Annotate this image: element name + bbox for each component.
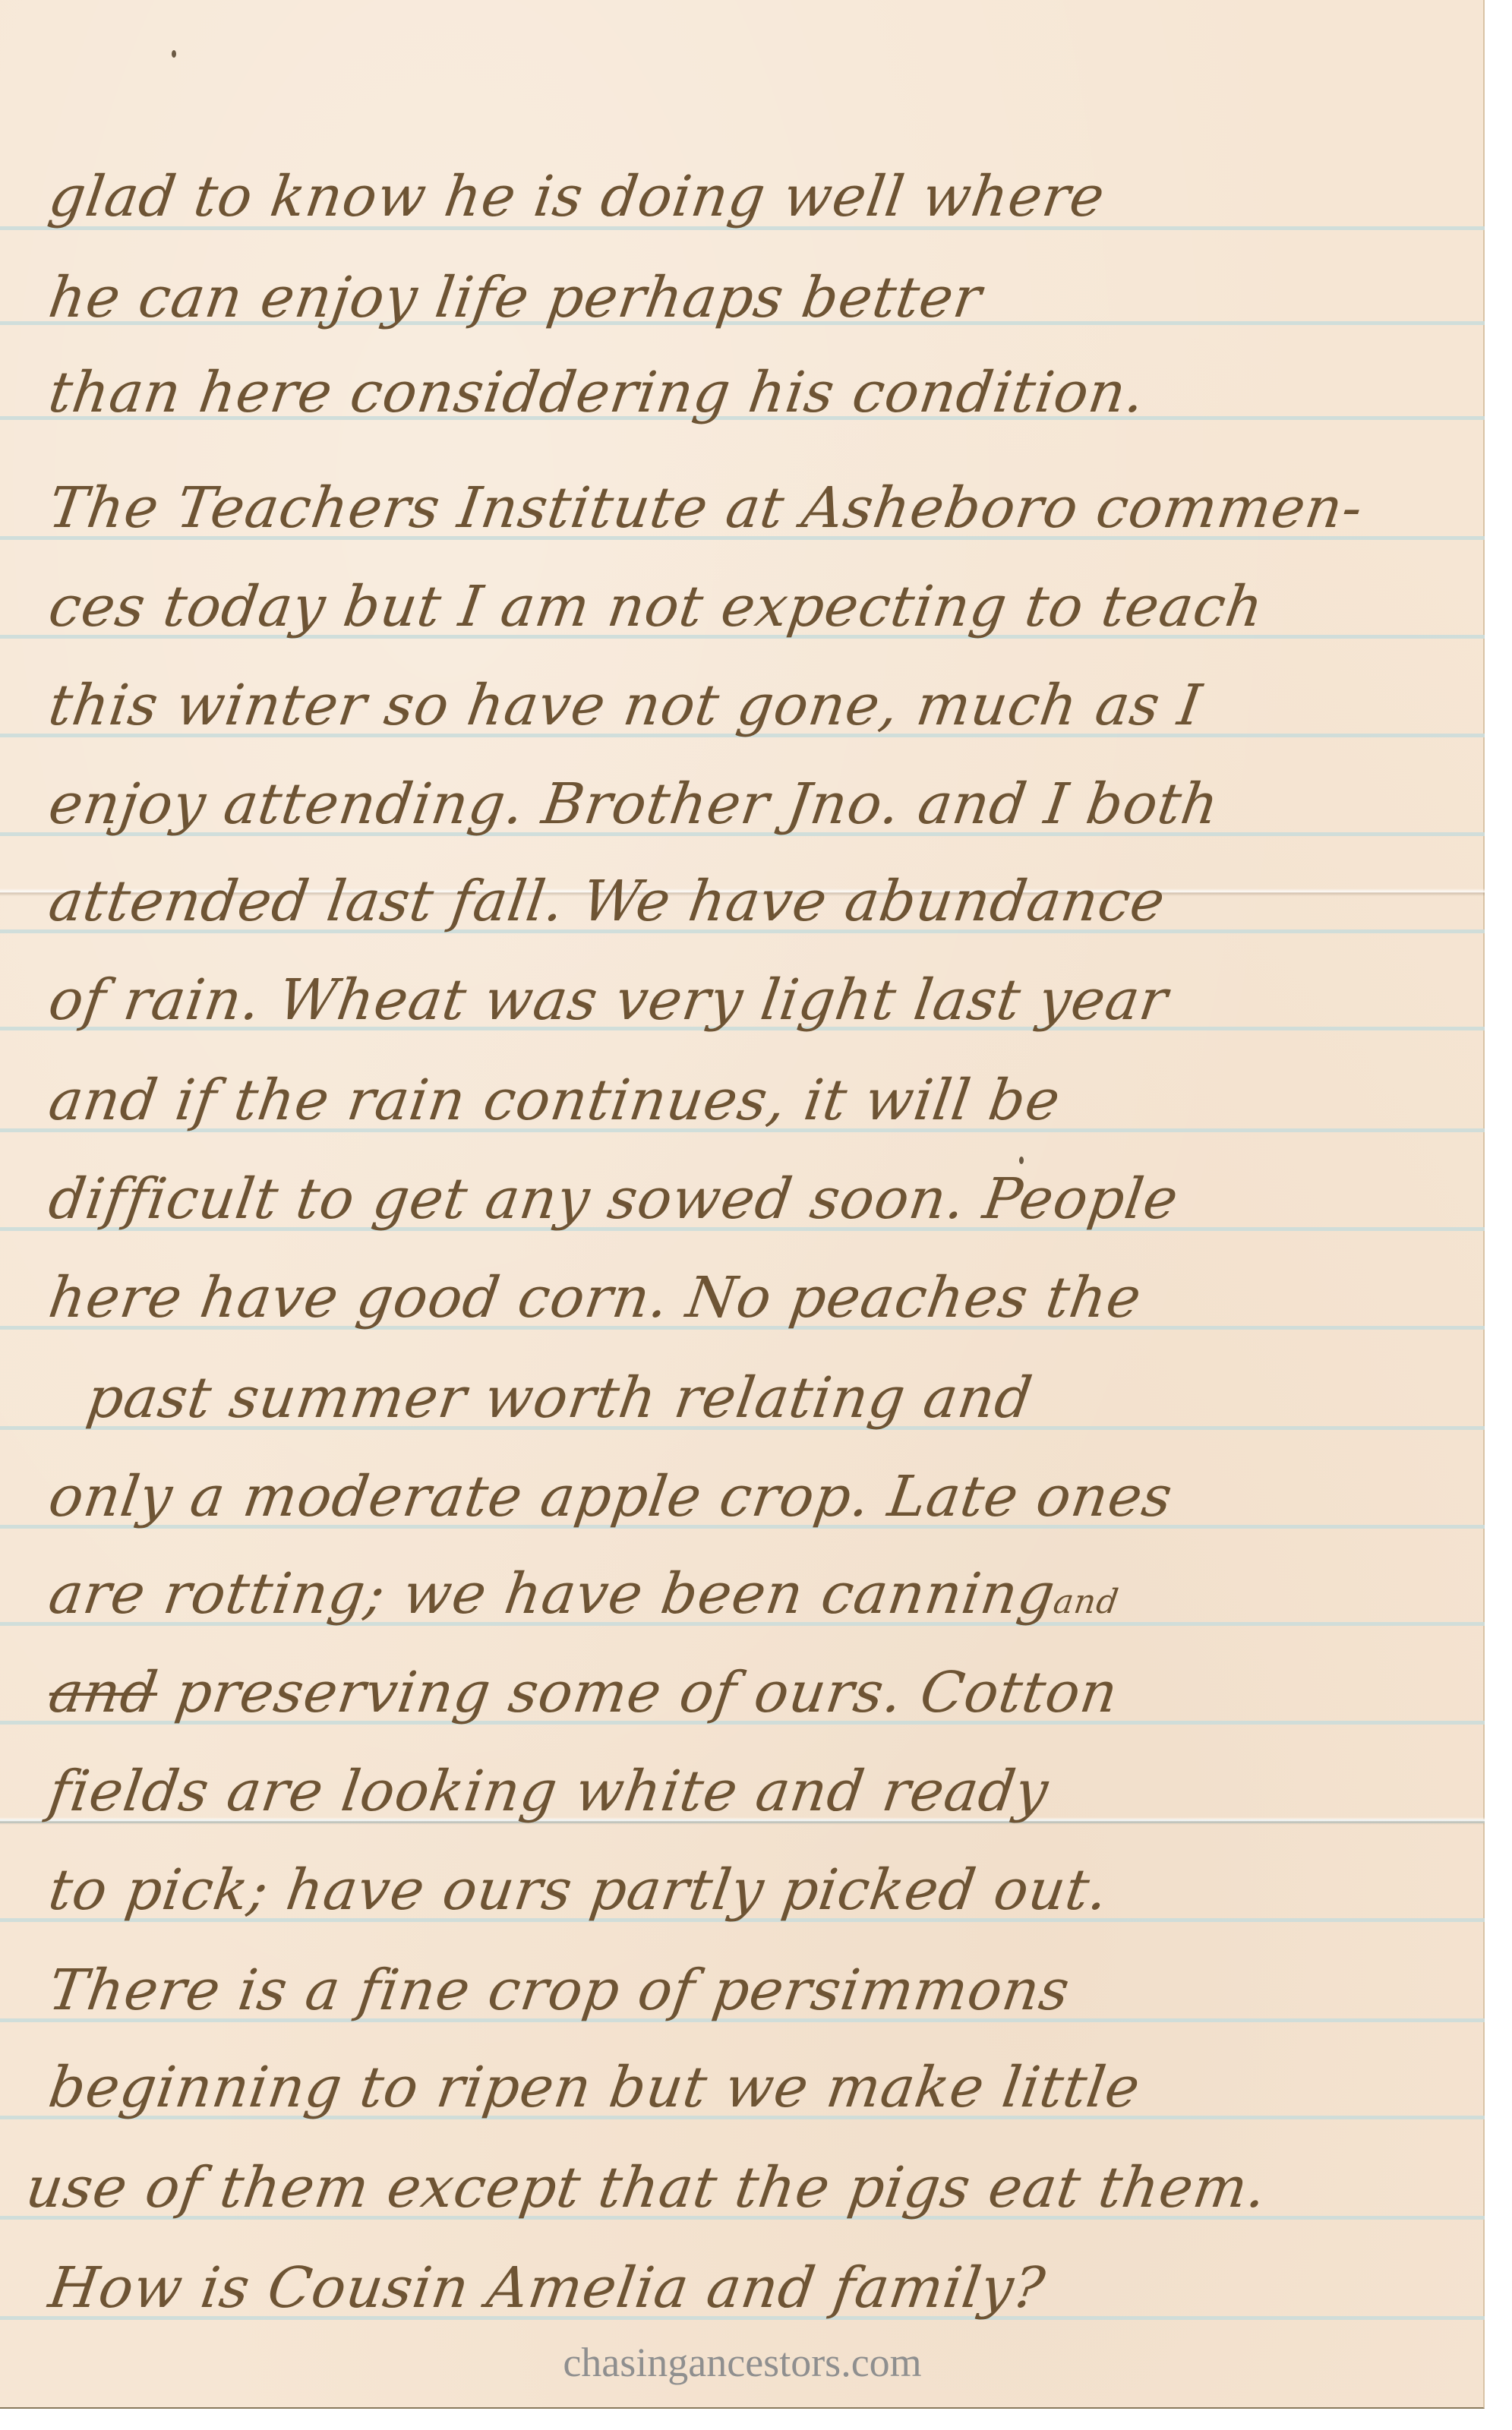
letter-line-5: ces today but I am not expecting to teac… (46, 579, 1267, 635)
letter-line-22: How is Cousin Amelia and family? (46, 2260, 1049, 2316)
letter-line-6: this winter so have not gone, much as I (46, 677, 1205, 734)
letter-line-14: only a moderate apple crop. Late ones (46, 1469, 1176, 1525)
letter-line-18: to pick; have ours partly picked out. (46, 1862, 1112, 1918)
letter-line-19: There is a fine crop of persimmons (46, 1962, 1073, 2018)
letter-line-15-small: and (1051, 1583, 1122, 1621)
letter-line-8: attended last fall. We have abundance (46, 873, 1169, 929)
watermark: chasingancestors.com (0, 2339, 1485, 2386)
letter-line-16: and preserving some of ours. Cotton (46, 1665, 1122, 1721)
letter-line-7: enjoy attending. Brother Jno. and I both (46, 776, 1223, 832)
letter-line-3: than here considdering his condition. (46, 364, 1148, 421)
letter-line-13: past summer worth relating and (84, 1370, 1036, 1426)
letter-line-4: The Teachers Institute at Asheboro comme… (46, 480, 1366, 536)
letter-page: glad to know he is doing well where he c… (0, 0, 1485, 2409)
ink-speck (172, 50, 176, 58)
letter-line-10: and if the rain continues, it will be (46, 1072, 1064, 1128)
struck-out-word: and (45, 1660, 162, 1725)
letter-line-16-main: preserving some of ours. Cotton (153, 1660, 1122, 1725)
letter-line-17: fields are looking white and ready (46, 1763, 1052, 1819)
letter-line-11: difficult to get any sowed soon. People (46, 1171, 1182, 1227)
letter-line-12: here have good corn. No peaches the (46, 1270, 1145, 1326)
letter-line-9: of rain. Wheat was very light last year (46, 972, 1172, 1028)
ink-speck (1019, 1157, 1024, 1164)
letter-line-20: beginning to ripen but we make little (46, 2059, 1144, 2116)
letter-line-15-main: are rotting; we have been canning (45, 1561, 1059, 1627)
letter-line-2: he can enjoy life perhaps better (46, 270, 985, 326)
letter-line-15: are rotting; we have been canningand (46, 1566, 1124, 1622)
letter-line-1: glad to know he is doing well where (46, 169, 1108, 225)
letter-line-21: use of them except that the pigs eat the… (23, 2160, 1271, 2216)
